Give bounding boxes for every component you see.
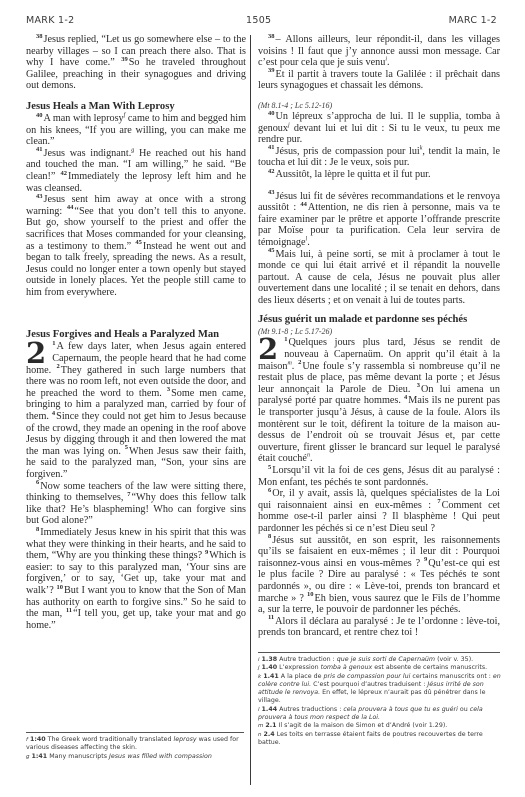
verse-text: Lorsqu’il vit la foi de ces gens, Jésus … [258, 465, 500, 488]
verse-number: 41 [36, 146, 43, 153]
verse-paragraph: 41Jesus was indignant.g He reached out h… [26, 148, 246, 194]
verse-number: 3 [417, 382, 420, 389]
verse-number: 38 [36, 33, 43, 40]
verse-number: 9 [424, 556, 427, 563]
footnote: k 1.41 A la place de pris de compassion … [258, 673, 504, 706]
running-head-left: MARK 1-2 [26, 15, 74, 26]
footnote-letter: j [258, 665, 260, 671]
verse-number: 42 [268, 168, 275, 175]
footnote-text: Il s’agit de la maison de Simon et d’And… [279, 722, 448, 729]
verse-text: Aussitôt, la lèpre le quitta et il fut p… [276, 169, 431, 180]
verse-paragraph: 41Jésus, pris de compassion pour luik, t… [258, 146, 500, 169]
footnote-text: (voir v. 35). [435, 656, 473, 663]
french-footnotes: i 1.38 Autre traduction : que je suis so… [258, 656, 504, 747]
verse-number: 8 [268, 533, 271, 540]
footnote-text: A la place de [281, 673, 324, 680]
verse-paragraph: 21Quelques jours plus tard, Jésus se ren… [258, 337, 500, 465]
verse-paragraph: 45Mais lui, à peine sorti, se mit à proc… [258, 249, 500, 307]
footnote-text: Jesus was filled with compassion [109, 753, 212, 760]
footnote-text: The Greek word traditionally translated [48, 736, 174, 743]
footnote-text: L’expression [279, 664, 320, 671]
verse-text: Mais lui, à peine sorti, se mit à procla… [258, 249, 500, 306]
chapter-block: 21A few days later, when Jesus again ent… [26, 341, 246, 480]
footnote-letter: g [26, 754, 30, 760]
chapter-number: 2 [26, 342, 46, 364]
parallel-references: (Mt 8.1-4 ; Lc 5.12-16) [258, 100, 500, 111]
footnote-letter: i [258, 657, 260, 663]
footnote-reference: 1:41 [32, 753, 48, 760]
footnote-text: est absente de certains manuscrits. [372, 664, 487, 671]
verse-paragraph: 21A few days later, when Jesus again ent… [26, 341, 246, 480]
verse-number: 9 [205, 549, 208, 556]
footnote-reference: 1.38 [262, 656, 278, 663]
footnote-reference: 1:40 [30, 736, 46, 743]
verse-number: 3 [167, 386, 170, 393]
footnote-reference: 1.44 [262, 706, 278, 713]
footnote-letter: m [258, 723, 263, 729]
verse-paragraph: 42Aussitôt, la lèpre le quitta et il fut… [258, 169, 500, 181]
footnote-rule [258, 652, 500, 653]
footnote-text: C’est pourquoi d’autres traduisent : [311, 681, 427, 688]
footnote-text: leprosy [174, 736, 197, 743]
footnote: j 1.40 L’expression tomba à genoux est a… [258, 664, 504, 672]
verse-text: – Allons ailleurs, leur répondit-il, dan… [258, 34, 500, 68]
verse-number: 6 [268, 487, 271, 494]
verse-paragraph: 8Immediately Jesus knew in his spirit th… [26, 527, 246, 631]
verse-number: 43 [268, 189, 275, 196]
french-column: 38– Allons ailleurs, leur répondit-il, d… [258, 34, 500, 639]
verse-number: 44 [67, 204, 74, 211]
footnote-text: Autres traductions : [279, 706, 343, 713]
verse-number: 1 [52, 340, 55, 347]
verse-number: 38 [268, 33, 275, 40]
footnote-letter: f [26, 737, 28, 743]
footnote-letter: k [258, 674, 261, 680]
english-column: 38Jesus replied, “Let us go somewhere el… [26, 34, 246, 631]
verse-text: Jesus was indignant. [44, 148, 132, 159]
chapter-block: 21Quelques jours plus tard, Jésus se ren… [258, 337, 500, 465]
verse-number: 5 [125, 444, 128, 451]
verse-number: 7 [127, 491, 130, 498]
verse-number: 43 [36, 193, 43, 200]
footnote-reference: 2.1 [265, 722, 276, 729]
column-divider [250, 35, 251, 785]
verse-paragraph: 11Alors il déclara au paralysé : Je te l… [258, 616, 500, 639]
verse-paragraph: 43Jésus lui fit de sévères recommandatio… [258, 191, 500, 249]
footnote-reference: 2.4 [264, 731, 275, 738]
verse-number: 11 [268, 614, 274, 621]
verse-text: Jésus, pris de compassion pour lui [276, 146, 420, 157]
parallel-references: (Mt 9.1-8 ; Lc 5.17-26) [258, 326, 500, 337]
running-head-right: MARC 1-2 [449, 15, 497, 26]
verse-paragraph: 38– Allons ailleurs, leur répondit-il, d… [258, 34, 500, 69]
footnote-reference: 1.41 [263, 673, 279, 680]
footnote-reference: 1.40 [262, 664, 278, 671]
footnote-text: tomba à genoux [321, 664, 373, 671]
verse-number: 45 [135, 239, 142, 246]
section-heading: Jésus guérit un malade et pardonne ses p… [258, 313, 500, 326]
verse-text: devant lui et lui dit : Si tu le veux, t… [258, 123, 500, 146]
verse-text: A man with leprosy [44, 113, 124, 124]
verse-paragraph: 43Jesus sent him away at once with a str… [26, 194, 246, 298]
verse-paragraph: 8Jésus sut aussitôt, en son esprit, les … [258, 535, 500, 616]
verse-number: 45 [268, 247, 275, 254]
verse-number: 4 [404, 394, 407, 401]
verse-paragraph: 40A man with leprosyf came to him and be… [26, 113, 246, 148]
verse-number: 4 [52, 410, 55, 417]
footnote-letter: n [258, 732, 262, 738]
verse-text: . [387, 57, 390, 68]
verse-number: 40 [268, 110, 275, 117]
footnote-text: que je suis sorti de Capernaüm [337, 656, 435, 663]
verse-number: 10 [56, 584, 63, 591]
verse-text: Alors il déclara au paralysé : Je te l’o… [258, 616, 500, 639]
verse-number: 39 [121, 56, 128, 63]
verse-text: . [307, 237, 310, 248]
verse-number: 40 [36, 112, 43, 119]
verse-paragraph: 6Or, il y avait, assis là, quelques spéc… [258, 488, 500, 534]
verse-number: 2 [298, 359, 301, 366]
verse-number: 41 [268, 144, 275, 151]
footnote-text: Les toits en terrasse étaient faits de p… [258, 731, 483, 746]
verse-paragraph: 39Et il partit à travers toute la Galilé… [258, 69, 500, 92]
footnote: f 1:40 The Greek word traditionally tran… [26, 736, 248, 753]
section-heading: Jesus Forgives and Heals a Paralyzed Man [26, 328, 246, 341]
english-footnotes: f 1:40 The Greek word traditionally tran… [26, 736, 248, 761]
verse-number: 42 [60, 170, 67, 177]
footnote-text: pris de compassion pour lui [324, 673, 411, 680]
verse-number: 39 [268, 67, 275, 74]
footnote-rule [26, 732, 244, 733]
verse-paragraph: 6Now some teachers of the law were sitti… [26, 481, 246, 527]
verse-text: Et il partit à travers toute la Galilée … [258, 69, 500, 92]
section-heading: Jesus Heals a Man With Leprosy [26, 100, 246, 113]
bible-page: MARK 1-2 1505 MARC 1-2 38Jesus replied, … [0, 0, 525, 797]
page-number: 1505 [246, 15, 271, 26]
footnote-letter: l [258, 707, 260, 713]
verse-number: 11 [66, 607, 72, 614]
verse-paragraph: 5Lorsqu’il vit la foi de ces gens, Jésus… [258, 465, 500, 488]
footnote-text: certains manuscrits ont : [410, 673, 493, 680]
footnote-text: Many manuscripts [49, 753, 109, 760]
footnote: g 1:41 Many manuscripts Jesus was filled… [26, 753, 248, 761]
footnote: l 1.44 Autres traductions : cela prouver… [258, 706, 504, 723]
verse-text: . [310, 453, 313, 464]
verse-number: 8 [36, 526, 39, 533]
verse-number: 7 [437, 498, 440, 505]
footnote-text: ou [458, 706, 470, 713]
footnote-text: Autre traduction : [279, 656, 337, 663]
footnote: m 2.1 Il s’agit de la maison de Simon et… [258, 722, 504, 730]
verse-number: 44 [300, 201, 307, 208]
verse-paragraph: 40Un lépreux s’approcha de lui. Il le su… [258, 111, 500, 146]
verse-number: 2 [57, 363, 60, 370]
chapter-number: 2 [258, 338, 278, 360]
verse-number: 1 [284, 336, 287, 343]
footnote: n 2.4 Les toits en terrasse étaient fait… [258, 731, 504, 748]
verse-number: 10 [307, 591, 314, 598]
footnote-text: cela prouvera à tous que tu es guéri [343, 706, 458, 713]
verse-paragraph: 38Jesus replied, “Let us go somewhere el… [26, 34, 246, 92]
